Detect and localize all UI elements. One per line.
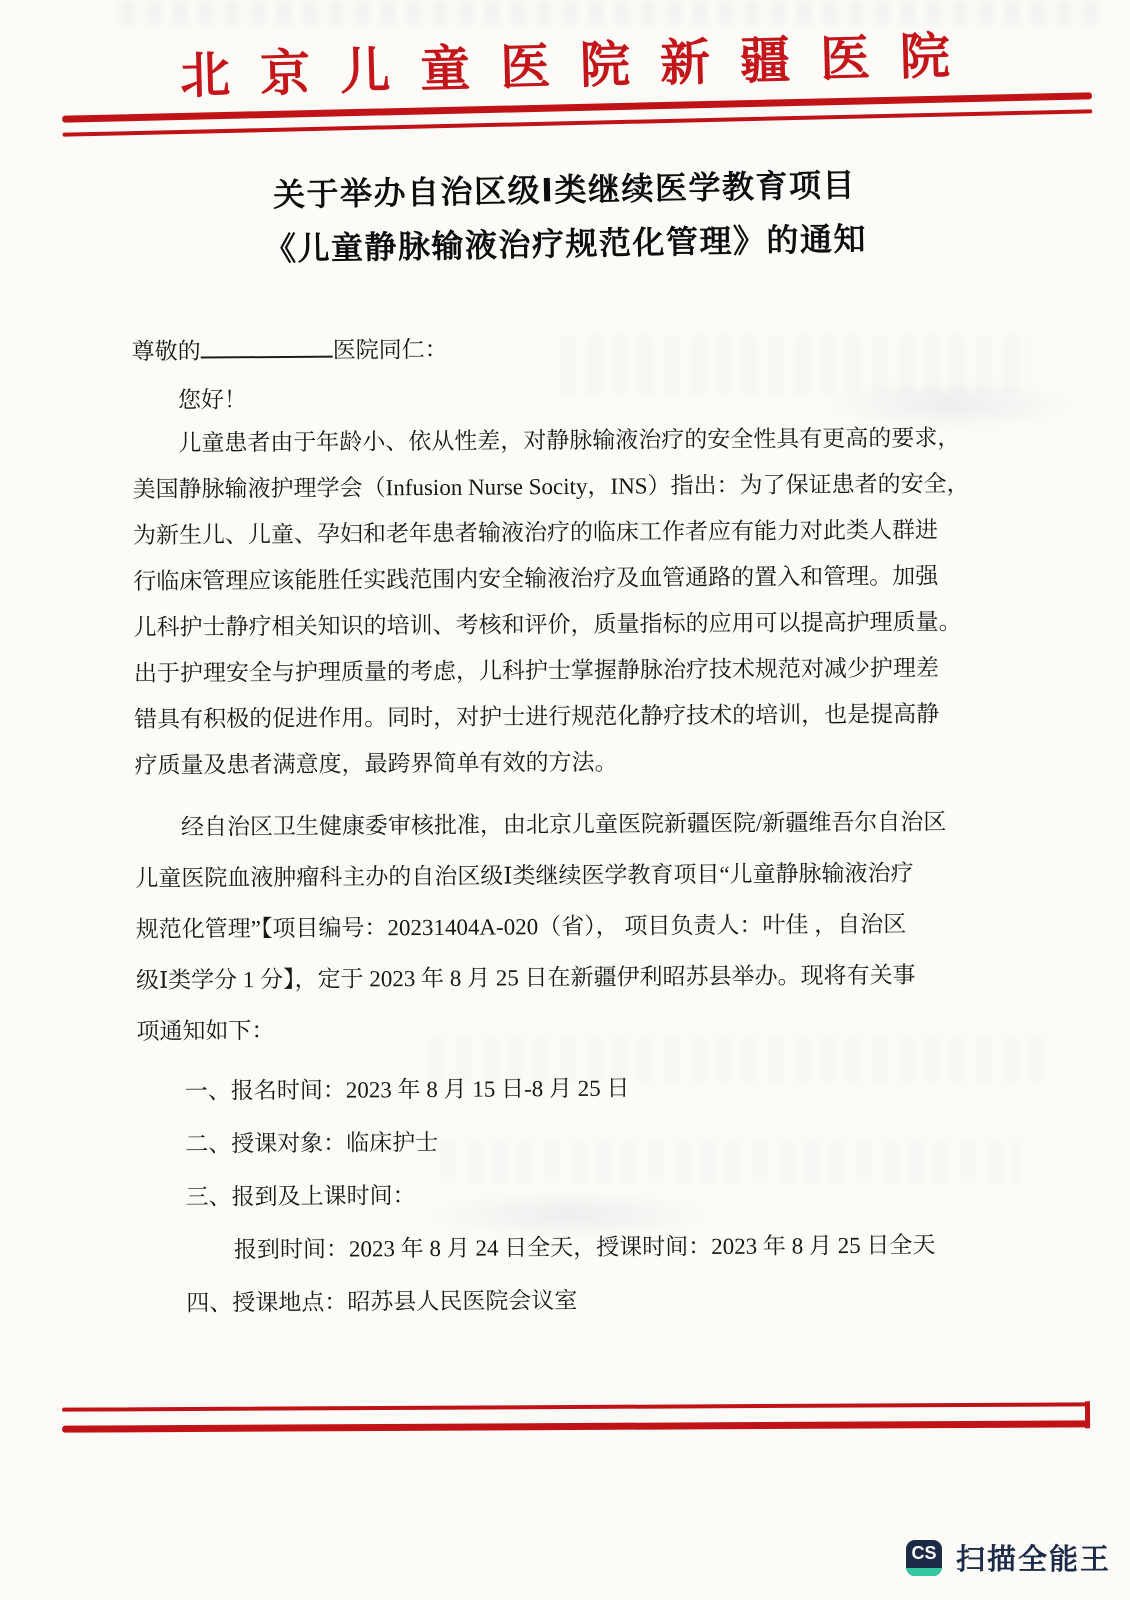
paragraph-line: 项通知如下： [136,1000,1004,1057]
document-body: 尊敬的医院同仁： 您好！ 儿童患者由于年龄小、依从性差，对静脉输液治疗的安全性具… [132,327,1007,1330]
salutation-prefix: 尊敬的 [132,339,201,364]
paragraph-line: 规范化管理”【项目编号：20231404A-020（省）， 项目负责人：叶佳 ，… [136,898,1004,955]
paragraph-line: 美国静脉输液护理学会（Infusion Nurse Socity，INS）指出：… [132,461,1000,513]
footer-rule-thick [62,1420,1090,1432]
camscanner-icon-letters: CS [906,1540,942,1568]
footer-rule-end-tick [1085,1401,1090,1428]
camscanner-app-name: 扫描全能王 [956,1537,1111,1578]
scanned-notice-document: 北京儿童医院新疆医院 关于举办自治区级Ⅰ类继续医学教育项目 《儿童静脉输液治疗规… [0,0,1130,1600]
paragraph-line: 为新生儿、儿童、孕妇和老年患者输液治疗的临床工作者应有能力对此类人群进 [133,507,1001,559]
paragraph-line: 疗质量及患者满意度，最跨界简单有效的方法。 [134,737,1002,789]
footer-rule-thin [62,1402,1090,1411]
camscanner-watermark: CS 扫描全能王 [906,1537,1111,1578]
paragraph-line: 出于护理安全与护理质量的考虑，儿科护士掌握静脉治疗技术规范对减少护理差 [134,645,1002,697]
paragraph-line: 行临床管理应该能胜任实践范围内安全输液治疗及血管通路的置入和管理。加强 [133,553,1001,605]
paragraph-2: 经自治区卫生健康委审核批准，由北京儿童医院新疆医院/新疆维吾尔自治区 儿童医院血… [135,796,1005,1057]
paragraph-line: 级Ⅰ类学分 1 分】，定于 2023 年 8 月 25 日在新疆伊利昭苏县举办。… [136,949,1004,1006]
notice-item: 一、报名时间：2023 年 8 月 15 日-8 月 25 日 [137,1059,1005,1118]
camscanner-icon: CS [906,1540,942,1576]
paragraph-line: 儿童医院血液肿瘤科主办的自治区级Ⅰ类继续医学教育项目“儿童静脉输液治疗 [135,847,1003,904]
paragraph-line: 错具有积极的促进作用。同时，对护士进行规范化静疗技术的培训，也是提高静 [134,691,1002,743]
paragraph-line: 经自治区卫生健康委审核批准，由北京儿童医院新疆医院/新疆维吾尔自治区 [135,796,1003,853]
notice-item: 四、授课地点：昭苏县人民医院会议室 [138,1271,1006,1330]
notice-item: 二、授课对象：临床护士 [137,1112,1005,1171]
paragraph-line: 儿科护士静疗相关知识的培训、考核和评价，质量指标的应用可以提高护理质量。 [133,599,1001,651]
notice-items-list: 一、报名时间：2023 年 8 月 15 日-8 月 25 日 二、授课对象：临… [137,1059,1007,1330]
salutation-line: 尊敬的医院同仁： [132,327,1000,369]
salutation-suffix: 医院同仁： [333,337,448,363]
salutation-blank-underline [201,332,333,359]
paragraph-1: 儿童患者由于年龄小、依从性差，对静脉输液治疗的安全性具有更高的要求， 美国静脉输… [132,415,1003,789]
notice-item: 三、报到及上课时间： [137,1165,1005,1224]
document-title: 关于举办自治区级Ⅰ类继续医学教育项目 《儿童静脉输液治疗规范化管理》的通知 [0,153,1130,281]
camscanner-icon-teal-strip [906,1568,942,1576]
paragraph-line: 儿童患者由于年龄小、依从性差，对静脉输液治疗的安全性具有更高的要求， [132,415,1000,467]
footer-rules [62,1402,1090,1407]
greeting-line: 您好！ [132,377,1000,418]
notice-item-subline: 报到时间：2023 年 8 月 24 日全天，授课时间：2023 年 8 月 2… [138,1218,1006,1277]
